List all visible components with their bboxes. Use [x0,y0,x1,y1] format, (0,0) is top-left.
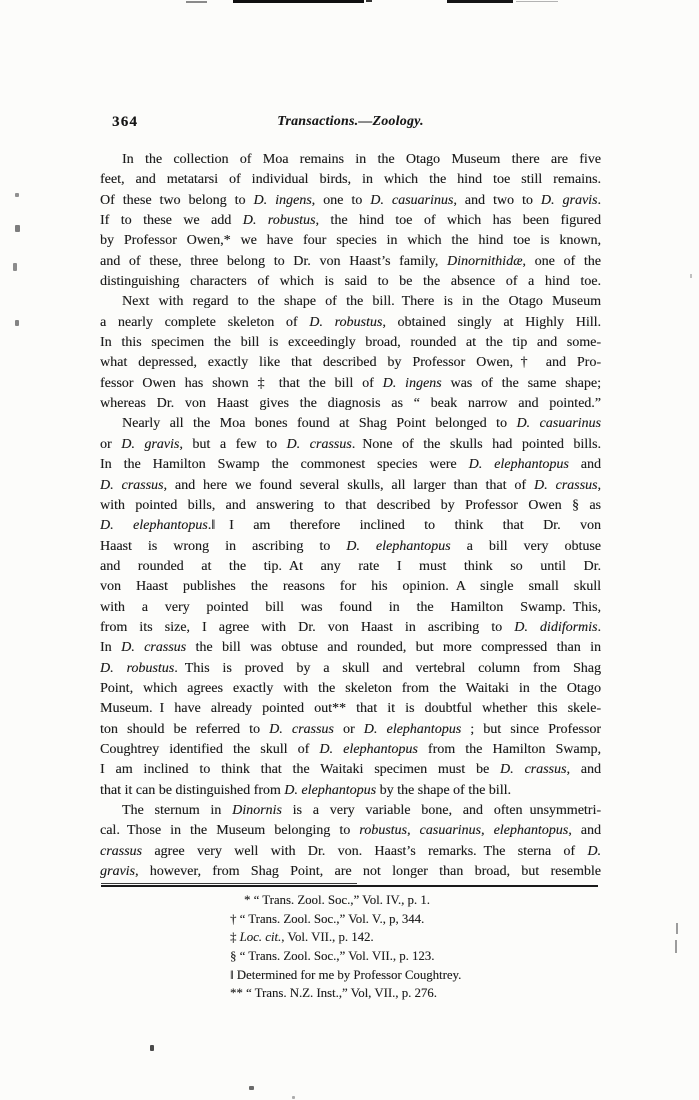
running-header: Transactions.—Zoology. [100,113,601,129]
text-line: from its size, I agree with Dr. von Haas… [100,618,601,638]
text-line: In this specimen the bill is exceedingly… [100,333,601,353]
body-text: In the collection of Moa remains in the … [100,150,601,882]
text-line: a nearly complete skeleton of D. robustu… [100,313,601,333]
text-line: Coughtrey identified the skull of D. ele… [100,740,601,760]
text-line: and of these, three belong to Dr. von Ha… [100,252,601,272]
scan-artifact-top [186,1,207,3]
text-line: that it can be distinguished from D. ele… [100,781,601,801]
text-line: von Haast publishes the reasons for his … [100,577,601,597]
text-line: feet, and metatarsi of individual birds,… [100,170,601,190]
text-line: The sternum in Dinornis is a very variab… [100,801,601,821]
text-line: In D. crassus the bill was obtuse and ro… [100,638,601,658]
scan-artifact-bottom [150,1045,154,1051]
text-line: by Professor Owen,* we have four species… [100,231,601,251]
footnote: ** “ Trans. N.Z. Inst.,” Vol, VII., p. 2… [230,984,580,1003]
text-line: fessor Owen has shown ‡ that the bill of… [100,374,601,394]
text-line: Point, which agrees exactly with the ske… [100,679,601,699]
text-line: Museum. I have already pointed out** tha… [100,699,601,719]
text-line: Nearly all the Moa bones found at Shag P… [100,414,601,434]
text-line: D. crassus, and here we found several sk… [100,476,601,496]
scan-artifact-top [366,0,372,2]
footnote: * “ Trans. Zool. Soc.,” Vol. IV., p. 1. [230,891,580,910]
scan-artifact-left [15,320,19,326]
text-line: ton should be referred to D. crassus or … [100,720,601,740]
text-line: D. elephantopus.‖ I am therefore incline… [100,516,601,536]
footnote: ‡ Loc. cit., Vol. VII., p. 142. [230,928,580,947]
footnote: ‖ Determined for me by Professor Coughtr… [230,966,580,985]
text-line: and rounded at the tip. At any rate I mu… [100,557,601,577]
text-line: I am inclined to think that the Waitaki … [100,760,601,780]
text-line: with a very pointed bill was found in th… [100,598,601,618]
text-line: cal. Those in the Museum belonging to ro… [100,821,601,841]
footnote-rule-shadow [101,883,357,884]
text-line: If to these we add D. robustus, the hind… [100,211,601,231]
scan-artifact-left [13,263,17,271]
scan-artifact-top [516,1,558,2]
text-line: Of these two belong to D. ingens, one to… [100,191,601,211]
footnote: † “ Trans. Zool. Soc.,” Vol. V., p, 344. [230,910,580,929]
text-line: Haast is wrong in ascribing to D. elepha… [100,537,601,557]
document-page: 364 Transactions.—Zoology. In the collec… [0,0,699,1100]
footnote: § “ Trans. Zool. Soc.,” Vol. VII., p. 12… [230,947,580,966]
text-line: gravis, however, from Shag Point, are no… [100,862,601,882]
scan-artifact-left [15,193,19,197]
scan-artifact-bottom [292,1096,295,1099]
text-line: distinguishing characters of which is sa… [100,272,601,292]
text-line: D. robustus. This is proved by a skull a… [100,659,601,679]
scan-artifact-right [676,923,678,934]
text-line: or D. gravis, but a few to D. crassus. N… [100,435,601,455]
text-line: with pointed bills, and answering to tha… [100,496,601,516]
scan-artifact-right [675,940,677,953]
footnotes: * “ Trans. Zool. Soc.,” Vol. IV., p. 1.†… [230,891,580,1003]
scan-artifact-bottom [249,1086,254,1090]
scan-artifact-top [447,0,513,3]
footnote-rule [101,885,598,887]
text-line: crassus agree very well with Dr. von. Ha… [100,842,601,862]
scan-artifact-top [233,0,364,3]
text-line: In the Hamilton Swamp the commonest spec… [100,455,601,475]
scan-artifact-left [15,225,20,232]
scan-artifact-right [690,274,692,278]
text-line: whereas Dr. von Haast gives the diagnosi… [100,394,601,414]
text-line: what depressed, exactly like that descri… [100,353,601,373]
text-line: Next with regard to the shape of the bil… [100,292,601,312]
text-line: In the collection of Moa remains in the … [100,150,601,170]
